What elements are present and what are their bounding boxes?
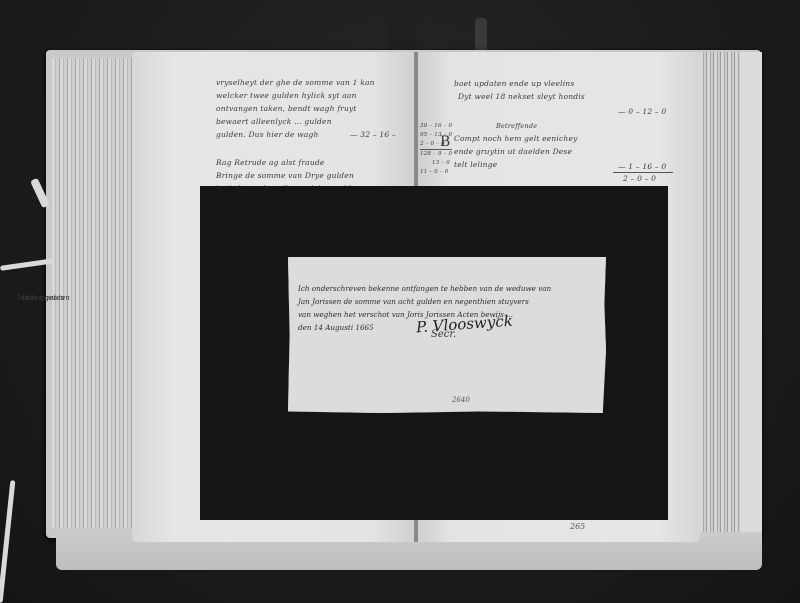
margin-sum: 2 – 0 – 0	[420, 140, 445, 148]
margin-sum: 128 – 9 – 0	[420, 150, 452, 158]
margin-sum: 30 – 16 – 0	[420, 122, 452, 130]
receipt-signature-sub: Secr.	[431, 329, 456, 340]
margin-sum: 13 – 0	[432, 159, 450, 167]
margin-sum: 95 – 13 – 0	[420, 131, 452, 139]
ledger-line: Bringe de somme van Drye gulden	[216, 169, 354, 182]
ledger-line: Dyt weel 18 nekset sleyt hondis	[458, 90, 585, 103]
ledger-line: ende gruytin ut daelden Dese	[454, 145, 572, 158]
ledger-line: bewaert alleenlyck ... gulden	[216, 115, 332, 128]
margin-sum: 11 – 0 – 0	[420, 168, 449, 176]
ledger-amount: — 32 – 16 –	[350, 128, 396, 141]
ledger-line: vryselheyt der ghe de somme van 1 kan	[216, 76, 375, 89]
ledger-line: ontvangen taken, bendt wagh fruyt	[216, 102, 357, 115]
ledger-line: baet updaten ende up vleelins	[454, 77, 574, 90]
ledger-line: Rag Retrude ag alst fraude	[216, 156, 325, 169]
right-page-edges	[700, 52, 740, 532]
spine-shadow	[388, 0, 418, 56]
receipt-line: Ich onderschreven bekenne ontfangen te h…	[298, 284, 551, 293]
ledger-amount: — 0 – 12 – 0	[618, 105, 666, 118]
right-cover-edge	[740, 52, 762, 532]
ledger-line: gulden. Dus hier de wagh	[216, 128, 319, 141]
ledger-line: welcker twee gulden hylick syt aan	[216, 89, 357, 102]
ledger-line: Compt noch hem gelt eenichey	[454, 132, 578, 145]
receipt-number: 2640	[452, 396, 470, 404]
outer-margin-note: Inder gaeten	[22, 292, 70, 305]
receipt-line: Jan Jorissen de somme van acht gulden en…	[298, 297, 529, 306]
loose-receipt: Ich onderschreven bekenne ontfangen te h…	[288, 257, 606, 413]
ledger-line: telt lelinge	[454, 158, 497, 171]
folio-number: 265	[570, 522, 585, 531]
receipt-date: den 14 Augusti 1665	[298, 323, 374, 332]
ledger-total: 2 – 0 – 0	[623, 172, 656, 185]
